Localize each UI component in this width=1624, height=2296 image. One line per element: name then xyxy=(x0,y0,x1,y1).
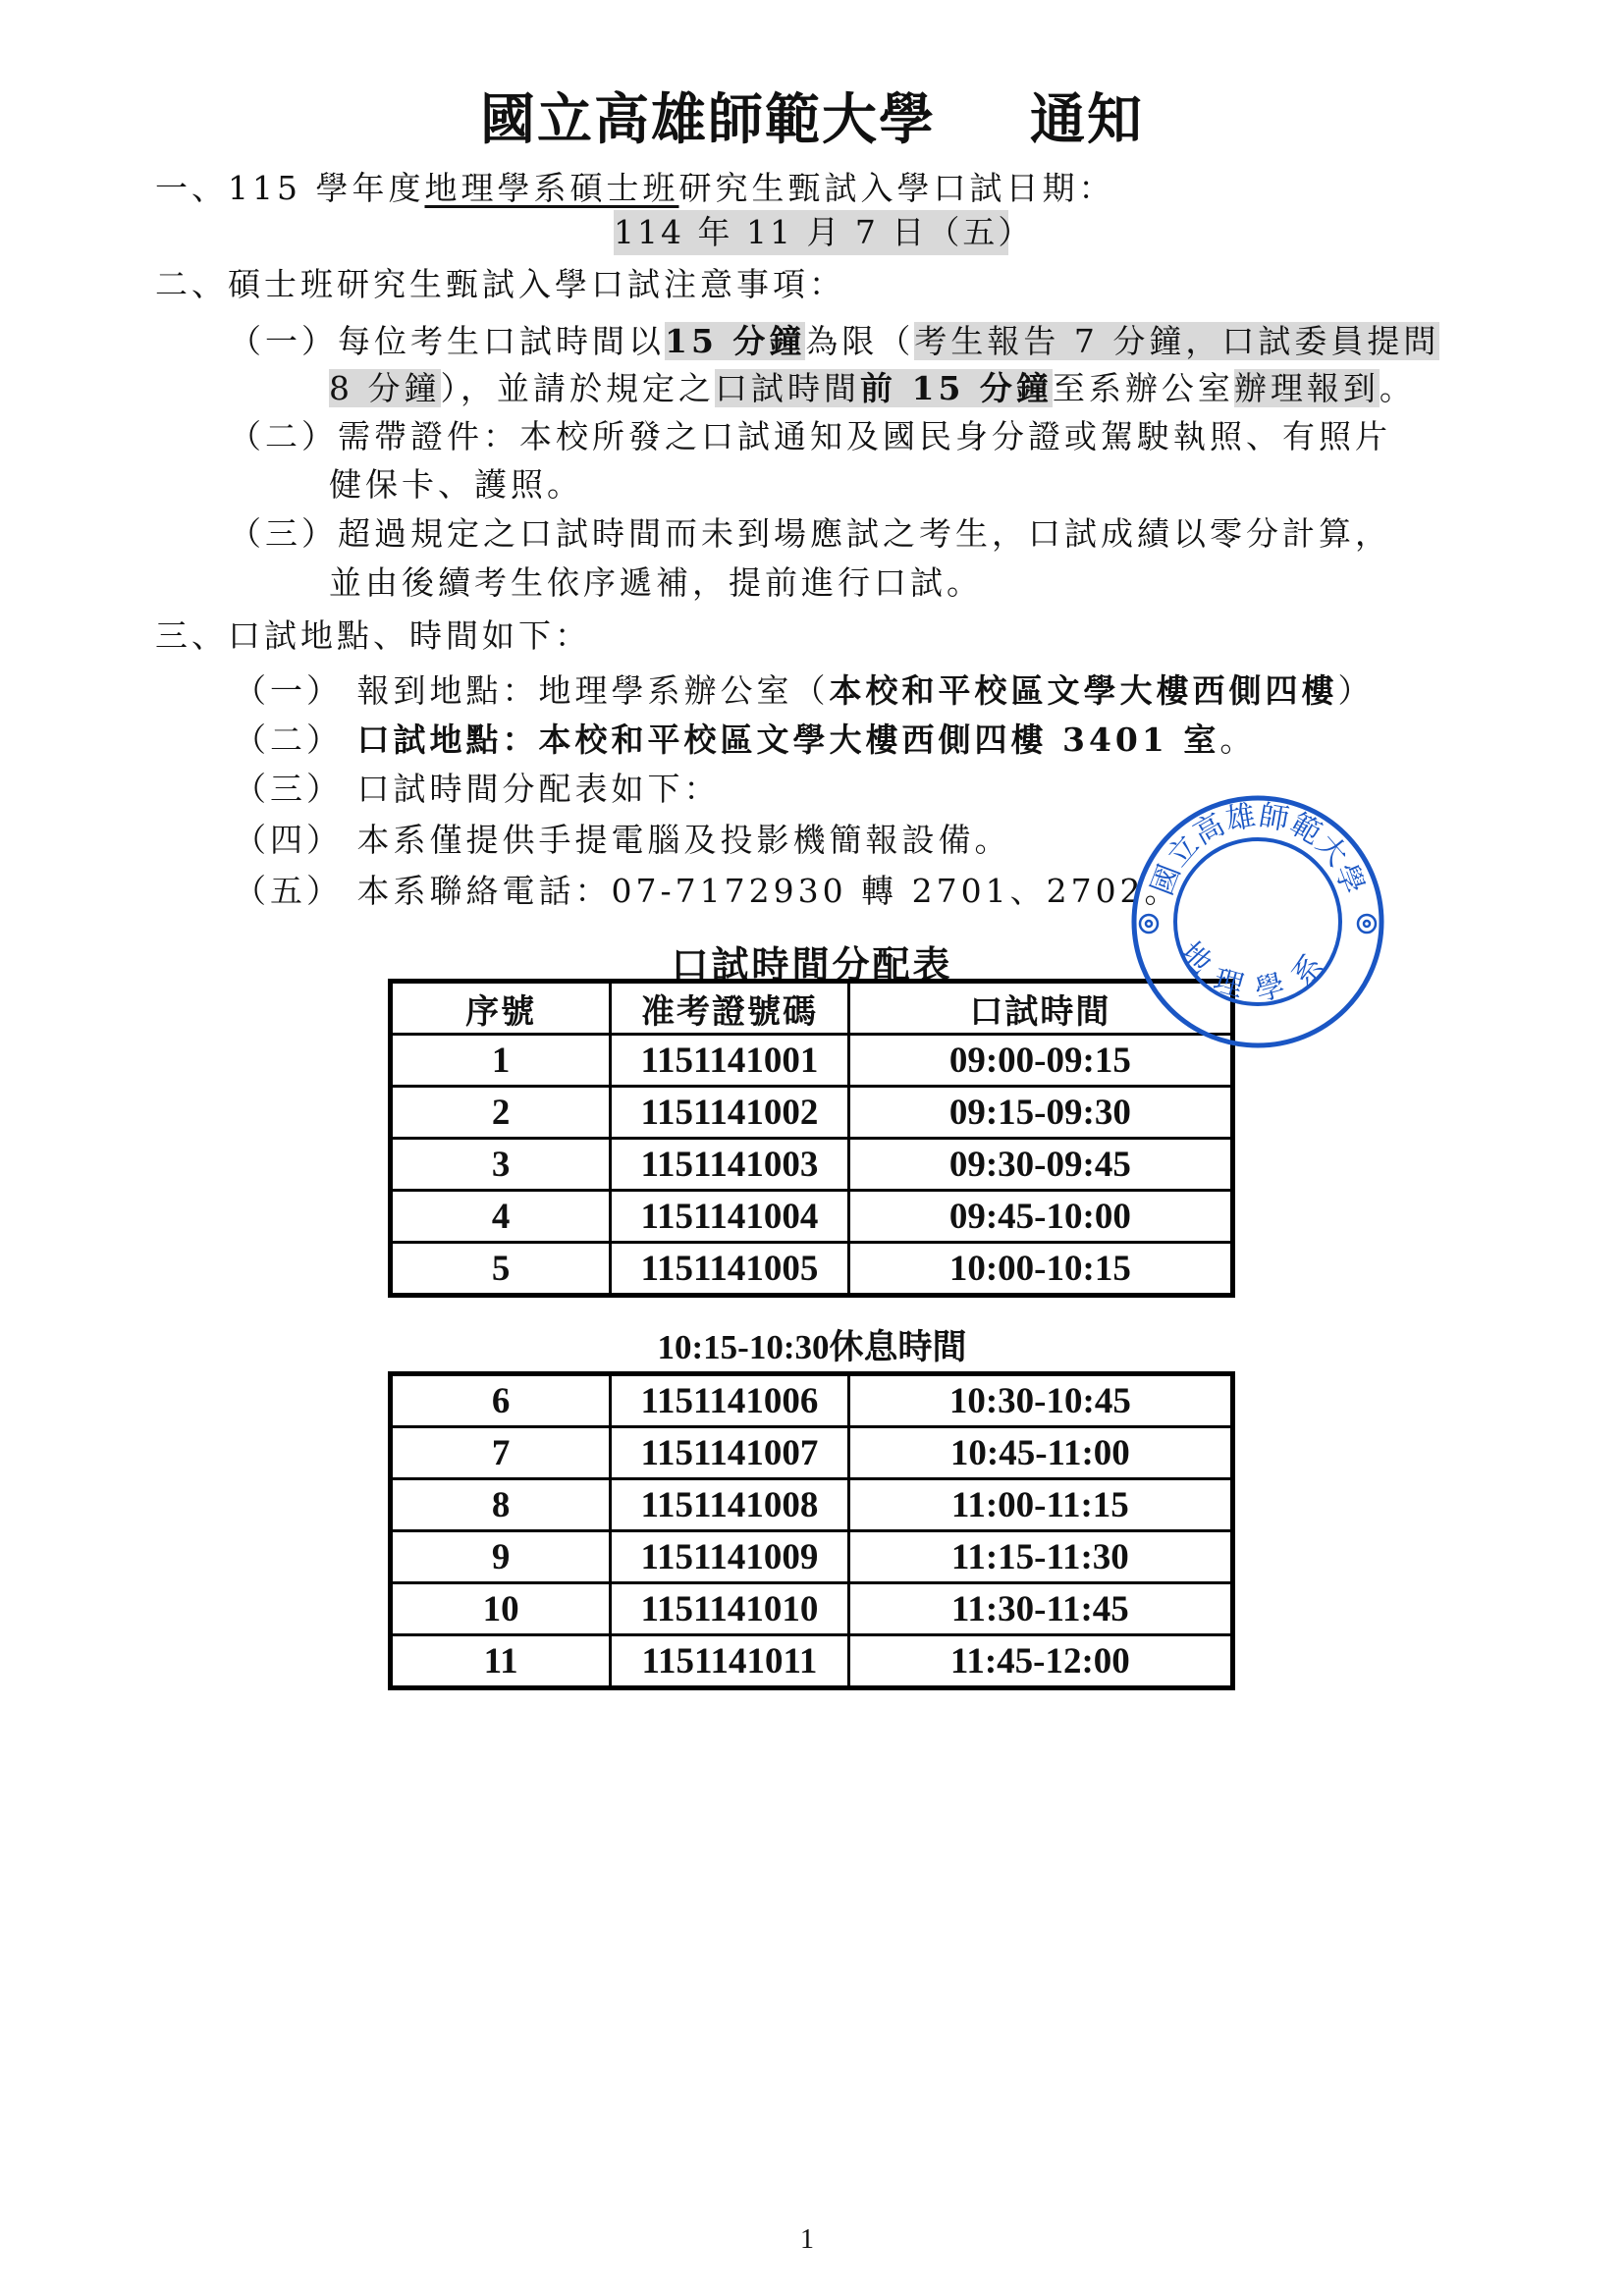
page-number: 1 xyxy=(800,2224,814,2256)
section-3-item-1: （一） 報到地點：地理學系辦公室（本校和平校區文學大樓西側四樓） xyxy=(234,671,1375,711)
text: 口試時間分配表如下： xyxy=(357,770,721,808)
section-2-item-2-line-1: （二）需帶證件：本校所發之口試通知及國民身分證或駕駛執照、有照片 xyxy=(229,417,1391,456)
text: 。 xyxy=(1219,721,1256,759)
cell-admission-no: 1151141009 xyxy=(611,1531,848,1583)
cell-admission-no: 1151141007 xyxy=(611,1427,848,1479)
section-3-item-3: （三） 口試時間分配表如下： xyxy=(234,770,721,809)
table-row: 7 1151141007 10:45-11:00 xyxy=(391,1427,1233,1479)
highlight-8-min: 8 分鐘 xyxy=(329,369,441,407)
table-row: 4 1151141004 09:45-10:00 xyxy=(391,1191,1233,1243)
cell-seq: 4 xyxy=(391,1191,611,1243)
document-title: 國立高雄師範大學通知 xyxy=(0,77,1624,155)
section-3-item-4: （四） 本系僅提供手提電腦及投影機簡報設備。 xyxy=(234,821,1011,860)
table-header-row: 序號 准考證號碼 口試時間 xyxy=(391,982,1233,1035)
text: 需帶證件：本校所發之口試通知及國民身分證或駕駛執照、有照片 xyxy=(338,417,1391,455)
table-row: 5 1151141005 10:00-10:15 xyxy=(391,1243,1233,1296)
contact-phone: 本系聯絡電話：07-7172930 轉 2701、2702。 xyxy=(357,872,1181,910)
text: 至系辦公室 xyxy=(1053,369,1234,407)
table-row: 8 1151141008 11:00-11:15 xyxy=(391,1479,1233,1531)
cell-time: 11:30-11:45 xyxy=(848,1583,1232,1635)
item-label: （五） xyxy=(234,872,343,910)
section-1-suffix: 研究生甄試入學口試日期： xyxy=(678,169,1114,207)
section-2-item-3-line-2: 並由後續考生依序遞補，提前進行口試。 xyxy=(329,563,983,603)
item-label: （三） xyxy=(229,514,338,553)
item-label: （一） xyxy=(234,671,343,710)
svg-text:國立高雄師範大學: 國立高雄師範大學 xyxy=(1145,799,1371,900)
room-number: 3401 室 xyxy=(1048,721,1220,759)
cell-time: 09:15-09:30 xyxy=(848,1087,1232,1139)
cell-seq: 10 xyxy=(391,1583,611,1635)
cell-seq: 3 xyxy=(391,1139,611,1191)
text: 為限（ xyxy=(805,322,914,360)
cell-seq: 1 xyxy=(391,1035,611,1087)
cell-time: 11:15-11:30 xyxy=(848,1531,1232,1583)
department-name: 地理學系碩士班 xyxy=(424,169,678,207)
section-3-item-2: （二） 口試地點：本校和平校區文學大樓西側四樓 3401 室。 xyxy=(234,721,1256,760)
cell-time: 10:45-11:00 xyxy=(848,1427,1232,1479)
cell-admission-no: 1151141002 xyxy=(611,1087,848,1139)
cell-seq: 5 xyxy=(391,1243,611,1296)
cell-time: 11:45-12:00 xyxy=(848,1635,1232,1688)
text: 。 xyxy=(1380,369,1416,407)
cell-time: 09:45-10:00 xyxy=(848,1191,1232,1243)
item-label: （二） xyxy=(234,721,343,759)
cell-time: 10:00-10:15 xyxy=(848,1243,1232,1296)
text: 本系僅提供手提電腦及投影機簡報設備。 xyxy=(357,821,1011,859)
section-3-item-5: （五） 本系聯絡電話：07-7172930 轉 2701、2702。 xyxy=(234,872,1181,911)
cell-seq: 6 xyxy=(391,1374,611,1427)
text: ） xyxy=(1338,671,1375,710)
title-university: 國立高雄師範大學 xyxy=(480,88,936,152)
section-2-item-3-line-1: （三）超過規定之口試時間而未到場應試之考生，口試成績以零分計算， xyxy=(229,514,1391,554)
cell-admission-no: 1151141011 xyxy=(611,1635,848,1688)
table-row: 10 1151141010 11:30-11:45 xyxy=(391,1583,1233,1635)
cell-admission-no: 1151141004 xyxy=(611,1191,848,1243)
text: 超過規定之口試時間而未到場應試之考生，口試成績以零分計算， xyxy=(338,514,1391,553)
table-row: 6 1151141006 10:30-10:45 xyxy=(391,1374,1233,1427)
schedule-table-late: 6 1151141006 10:30-10:45 7 1151141007 10… xyxy=(388,1371,1235,1690)
schedule-table-morning: 序號 准考證號碼 口試時間 1 1151141001 09:00-09:15 2… xyxy=(388,979,1235,1298)
section-3-heading: 三、口試地點、時間如下： xyxy=(155,616,591,656)
svg-text:地理學系: 地理學系 xyxy=(1172,935,1342,1009)
cell-time: 10:30-10:45 xyxy=(848,1374,1232,1427)
highlight-check-in: 辦理報到 xyxy=(1234,369,1380,407)
seal-icon: 國立高雄師範大學 地理學系 xyxy=(1129,793,1386,1050)
cell-seq: 2 xyxy=(391,1087,611,1139)
table-row: 9 1151141009 11:15-11:30 xyxy=(391,1531,1233,1583)
item-label: （四） xyxy=(234,821,343,859)
section-1-prefix: 一、115 學年度 xyxy=(155,169,424,207)
cell-seq: 11 xyxy=(391,1635,611,1688)
cell-seq: 8 xyxy=(391,1479,611,1531)
cell-admission-no: 1151141003 xyxy=(611,1139,848,1191)
section-2-item-2-line-2: 健保卡、護照。 xyxy=(329,465,583,505)
location-bold: 本校和平校區文學大樓西側四樓 xyxy=(830,671,1338,710)
official-seal-stamp: 國立高雄師範大學 地理學系 xyxy=(1129,793,1386,1050)
item-label: （一） xyxy=(229,322,338,360)
highlight-interview-time: 口試時間 xyxy=(715,369,860,407)
cell-admission-no: 1151141005 xyxy=(611,1243,848,1296)
text: ），並請於規定之 xyxy=(441,369,716,407)
header-admission-no: 准考證號碼 xyxy=(611,982,848,1035)
highlight-15-min: 15 分鐘 xyxy=(665,322,805,360)
cell-time: 11:00-11:15 xyxy=(848,1479,1232,1531)
title-notice: 通知 xyxy=(1030,88,1144,152)
header-seq: 序號 xyxy=(391,982,611,1035)
cell-seq: 9 xyxy=(391,1531,611,1583)
highlight-report-time: 考生報告 7 分鐘，口試委員提問 xyxy=(914,322,1439,360)
interview-date: 114 年 11 月 7 日（五） xyxy=(614,210,1008,255)
section-2-item-1-line-2: 8 分鐘），並請於規定之口試時間前 15 分鐘至系辦公室辦理報到。 xyxy=(329,369,1416,408)
table-row: 3 1151141003 09:30-09:45 xyxy=(391,1139,1233,1191)
cell-admission-no: 1151141008 xyxy=(611,1479,848,1531)
cell-admission-no: 1151141006 xyxy=(611,1374,848,1427)
table-row: 2 1151141002 09:15-09:30 xyxy=(391,1087,1233,1139)
section-2-item-1-line-1: （一）每位考生口試時間以15 分鐘為限（考生報告 7 分鐘，口試委員提問 xyxy=(229,322,1439,361)
break-time-label: 10:15-10:30休息時間 xyxy=(0,1320,1624,1369)
cell-admission-no: 1151141001 xyxy=(611,1035,848,1087)
cell-admission-no: 1151141010 xyxy=(611,1583,848,1635)
table-row: 1 1151141001 09:00-09:15 xyxy=(391,1035,1233,1087)
cell-seq: 7 xyxy=(391,1427,611,1479)
text: 報到地點：地理學系辦公室（ xyxy=(357,671,830,710)
interview-location-bold: 口試地點：本校和平校區文學大樓西側四樓 xyxy=(357,721,1048,759)
highlight-15-min-before: 前 15 分鐘 xyxy=(860,369,1053,407)
text: 每位考生口試時間以 xyxy=(338,322,665,360)
item-label: （三） xyxy=(234,770,343,808)
section-2-heading: 二、碩士班研究生甄試入學口試注意事項： xyxy=(155,265,845,304)
cell-time: 09:30-09:45 xyxy=(848,1139,1232,1191)
section-1-heading: 一、115 學年度地理學系碩士班研究生甄試入學口試日期： xyxy=(155,169,1114,208)
table-row: 11 1151141011 11:45-12:00 xyxy=(391,1635,1233,1688)
item-label: （二） xyxy=(229,417,338,455)
